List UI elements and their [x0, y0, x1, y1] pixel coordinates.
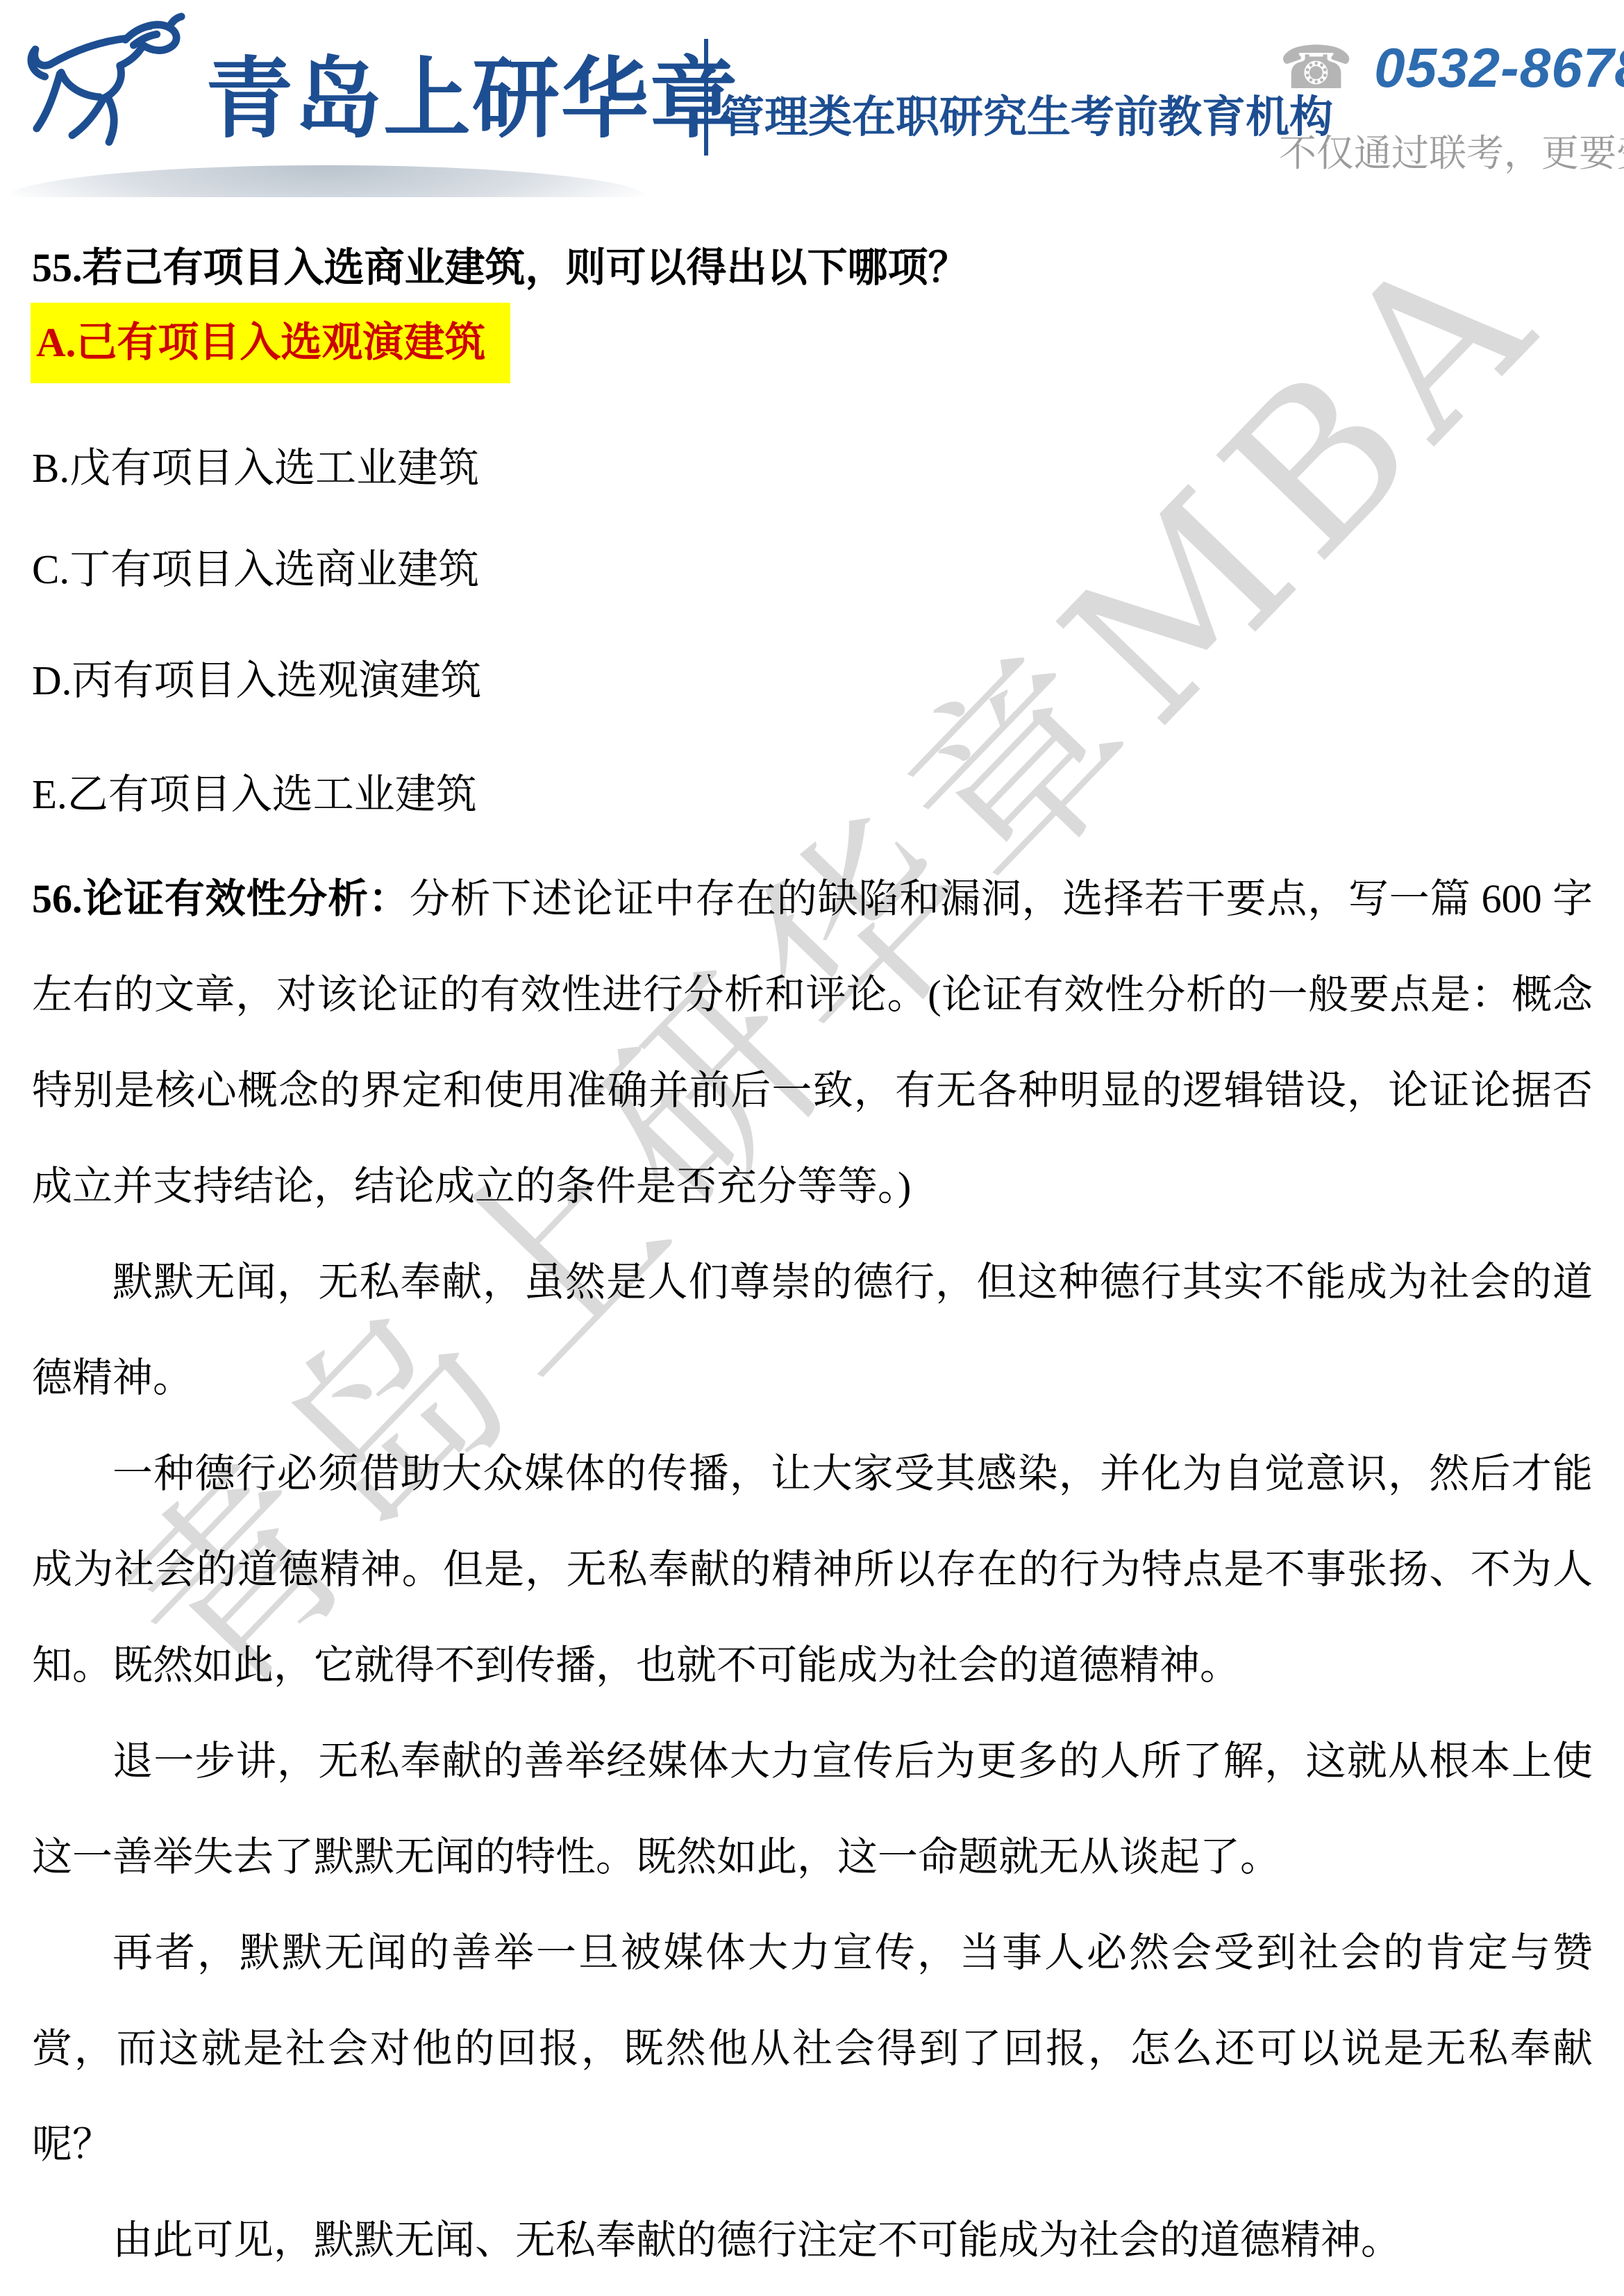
essay-paragraph: 再者，默默无闻的善举一旦被媒体大力宣传，当事人必然会受到社会的肯定与赞赏，而这就…: [32, 1905, 1593, 2193]
essay-paragraph: 默默无闻，无私奉献，虽然是人们尊崇的德行，但这种德行其实不能成为社会的道德精神。: [32, 1234, 1593, 1426]
essay-paragraph: 退一步讲，无私奉献的善举经媒体大力宣传后为更多的人所了解，这就从根本上使这一善举…: [32, 1713, 1593, 1905]
option-e-label: E.乙有项目入选工业建筑: [32, 772, 477, 816]
essay-paragraph: 由此可见，默默无闻、无私奉献的德行注定不可能成为社会的道德精神。: [32, 2193, 1593, 2288]
brand-title: 青岛上研华章: [206, 29, 739, 155]
brand-subtitle: 管理类在职研究生考前教育机构: [721, 82, 1333, 145]
main-content: 55.若己有项目入选商业建筑，则可以得出以下哪项？ A.己有项目入选观演建筑 B…: [0, 0, 1624, 2296]
phone-icon: ☎: [1279, 38, 1353, 98]
option-d-label: D.丙有项目入选观演建筑: [32, 658, 481, 703]
header-divider: [704, 39, 708, 156]
horse-logo-icon: [19, 10, 201, 167]
header: 青岛上研华章 管理类在职研究生考前教育机构 ☎ 0532-86787558 不仅…: [0, 0, 1624, 208]
phone-number: 0532-86787558: [1374, 36, 1624, 100]
question56-heading: 56.论证有效性分析：: [32, 876, 410, 921]
phone-row: ☎ 0532-86787558: [1279, 36, 1624, 100]
question56-block: 56.论证有效性分析：分析下述论证中存在的缺陷和漏洞，选择若干要点，写一篇 60…: [32, 851, 1593, 2288]
option-a-highlight: A.己有项目入选观演建筑: [31, 303, 510, 383]
option-c-label: C.丁有项目入选商业建筑: [32, 547, 479, 592]
question56-intro: 56.论证有效性分析：分析下述论证中存在的缺陷和漏洞，选择若干要点，写一篇 60…: [32, 851, 1593, 1234]
option-b-label: B.戊有项目入选工业建筑: [32, 446, 479, 490]
question56-intro-text: 分析下述论证中存在的缺陷和漏洞，选择若干要点，写一篇 600 字左右的文章，对该…: [32, 876, 1593, 1209]
header-slogan: 不仅通过联考，更要受益终身: [1279, 124, 1624, 177]
document-page: 青岛上研华章MBA 青岛上研华章 管理类在职研究生考前教育机构 ☎ 0532-8…: [0, 0, 1624, 2296]
option-a-label: A.己有项目入选观演建筑: [36, 319, 485, 365]
question55-title: 55.若己有项目入选商业建筑，则可以得出以下哪项？: [32, 242, 969, 294]
essay-paragraph: 一种德行必须借助大众媒体的传播，让大家受其感染，并化为自觉意识，然后才能成为社会…: [32, 1426, 1593, 1713]
logo-swoosh: [6, 165, 650, 197]
